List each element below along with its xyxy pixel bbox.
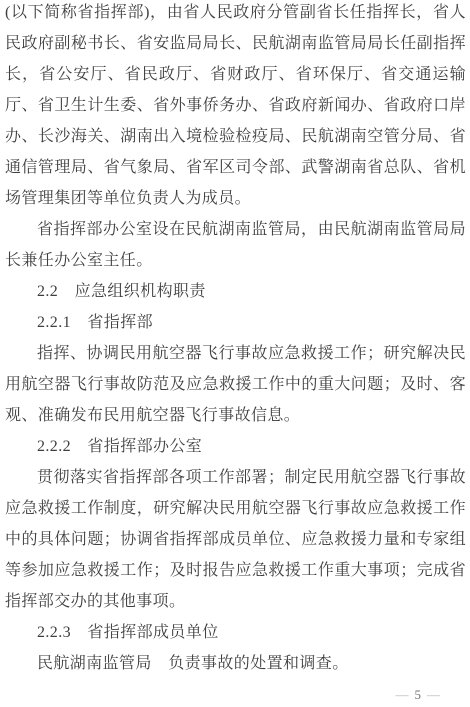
text-line: 民航湖南监管局 负责事故的处置和调查。 (5, 648, 466, 679)
text-line: 省指挥部办公室设在民航湖南监管局，由民航湖南监管局局 (5, 214, 466, 245)
page-number-dash-right: — (427, 687, 440, 702)
text-line: 贯彻落实省指挥部各项工作部署；制定民用航空器飞行事故 (5, 462, 466, 493)
page-footer: —5— (390, 688, 447, 701)
page-number: 5 (415, 687, 422, 702)
text-line: 厅、省卫生计生委、省外事侨务办、省政府新闻办、省政府口岸 (5, 90, 466, 121)
text-line: 用航空器飞行事故防范及应急救援工作中的重大问题；及时、客 (5, 369, 466, 400)
text-line: 指挥部交办的其他事项。 (5, 586, 466, 617)
text-line: 2.2.2 省指挥部办公室 (5, 431, 466, 462)
text-line: 中的具体问题；协调省指挥部成员单位、应急救援力量和专家组 (5, 524, 466, 555)
page-number-dash-left: — (396, 687, 409, 702)
text-line: 2.2.3 省指挥部成员单位 (5, 617, 466, 648)
document-page: (以下简称省指挥部)，由省人民政府分管副省长任指挥长，省人民政府副秘书长、省安监… (0, 0, 470, 679)
text-line: 指挥、协调民用航空器飞行事故应急救援工作；研究解决民 (5, 338, 466, 369)
text-line: 等参加应急救援工作；及时报告应急救援工作重大事项；完成省 (5, 555, 466, 586)
text-line: 民政府副秘书长、省安监局局长、民航湖南监管局局长任副指挥 (5, 28, 466, 59)
text-line: 2.2 应急组织机构职责 (5, 276, 466, 307)
text-line: 观、准确发布民用航空器飞行事故信息。 (5, 400, 466, 431)
text-line: 应急救援工作制度，研究解决民用航空器飞行事故应急救援工作 (5, 493, 466, 524)
text-line: 通信管理局、省气象局、省军区司令部、武警湖南省总队、省机 (5, 152, 466, 183)
text-line: (以下简称省指挥部)，由省人民政府分管副省长任指挥长，省人 (5, 0, 466, 28)
text-line: 长兼任办公室主任。 (5, 245, 466, 276)
text-line: 办、长沙海关、湖南出入境检验检疫局、民航湖南空管分局、省 (5, 121, 466, 152)
text-line: 2.2.1 省指挥部 (5, 307, 466, 338)
text-line: 长，省公安厅、省民政厅、省财政厅、省环保厅、省交通运输 (5, 59, 466, 90)
text-line: 场管理集团等单位负责人为成员。 (5, 183, 466, 214)
